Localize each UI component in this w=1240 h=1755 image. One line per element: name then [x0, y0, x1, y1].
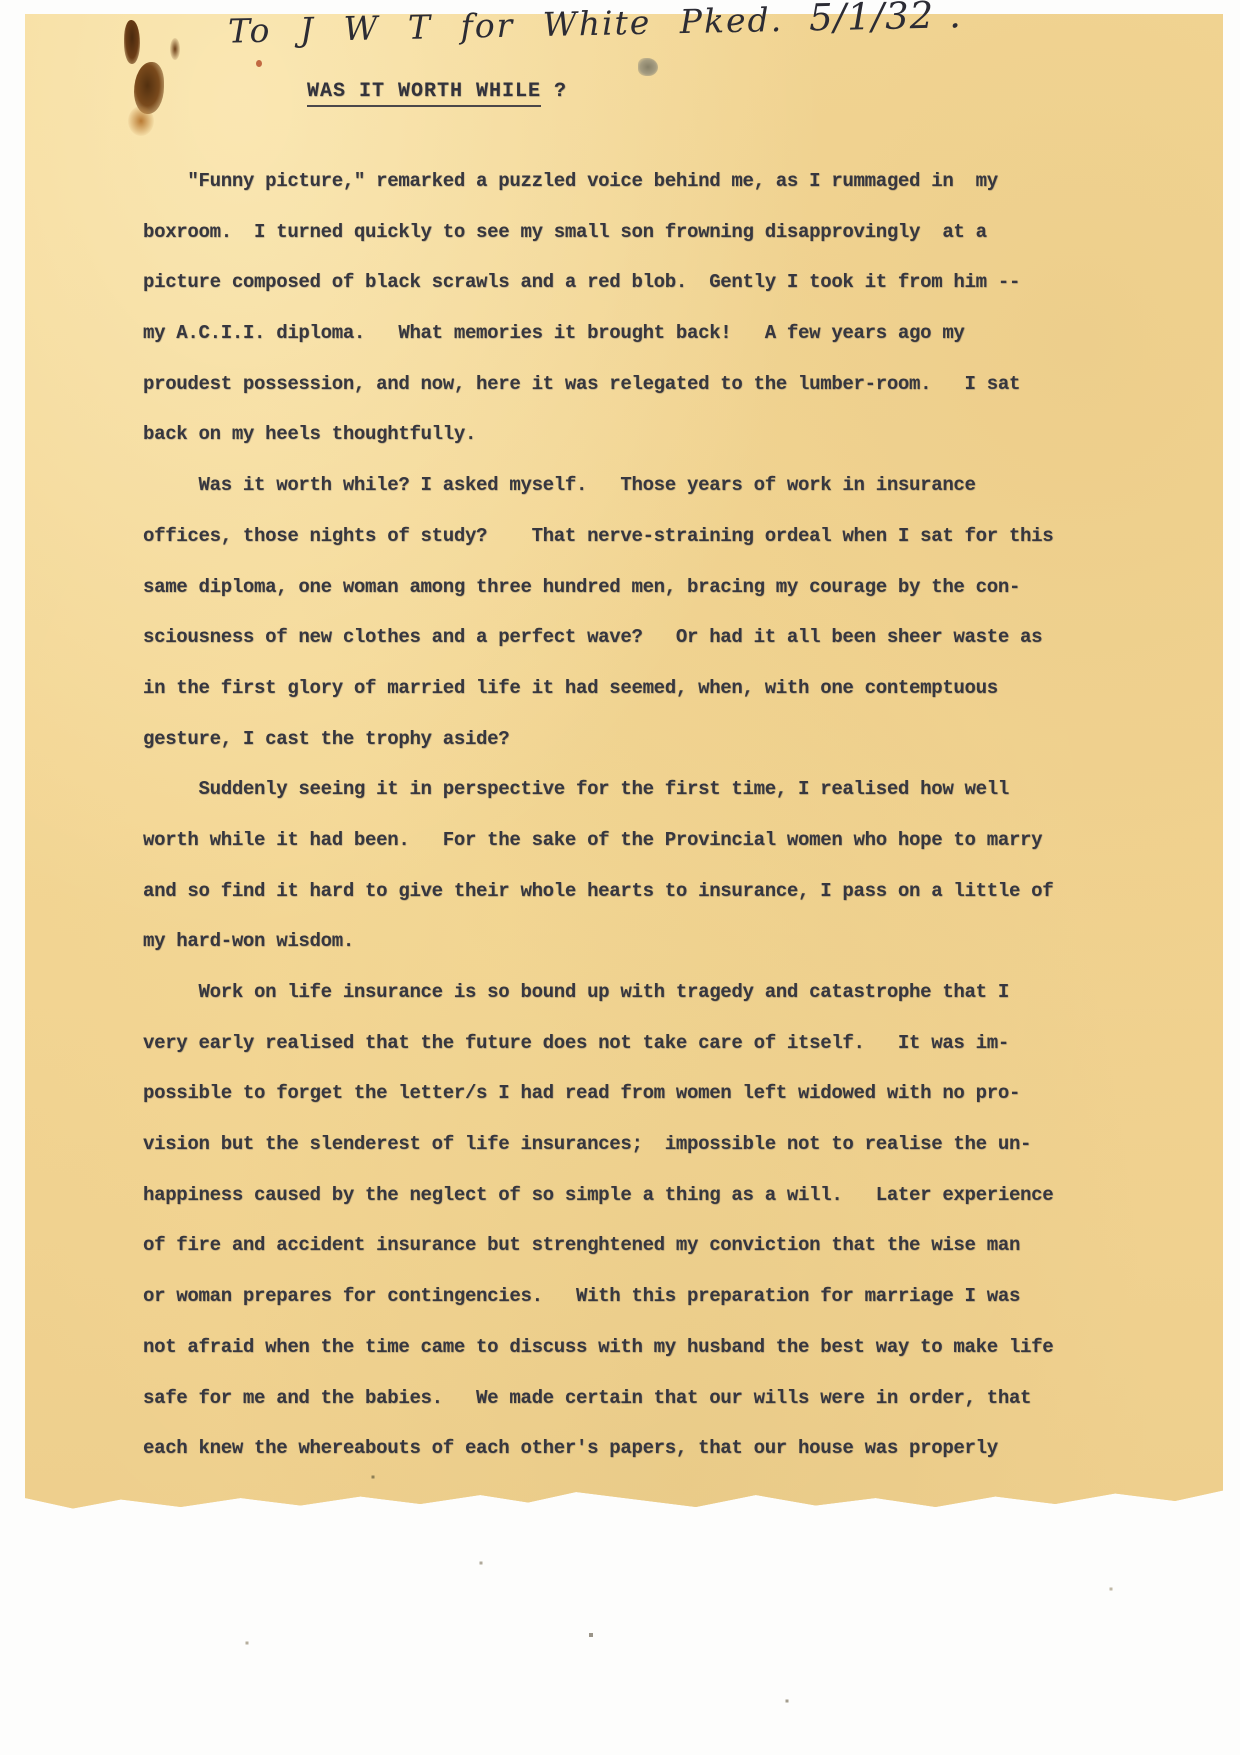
text-line: of fire and accident insurance but stren…: [143, 1220, 1103, 1271]
text-line: very early realised that the future does…: [143, 1018, 1103, 1069]
red-ink-dot: [256, 60, 262, 67]
text-line: same diploma, one woman among three hund…: [143, 562, 1103, 613]
text-line: Was it worth while? I asked myself. Thos…: [143, 460, 1103, 511]
text-line: picture composed of black scrawls and a …: [143, 257, 1103, 308]
text-line: each knew the whereabouts of each other'…: [143, 1423, 1103, 1474]
handwritten-date: 5/1/32 .: [809, 0, 962, 39]
text-line: "Funny picture," remarked a puzzled voic…: [143, 156, 1103, 207]
text-line: sciousness of new clothes and a perfect …: [143, 612, 1103, 663]
text-line: Work on life insurance is so bound up wi…: [143, 967, 1103, 1018]
text-line: back on my heels thoughtfully.: [143, 409, 1103, 460]
page-title-text: WAS IT WORTH WHILE: [307, 80, 541, 107]
text-line: my hard-won wisdom.: [143, 916, 1103, 967]
text-line: gesture, I cast the trophy aside?: [143, 714, 1103, 765]
text-line: Suddenly seeing it in perspective for th…: [143, 764, 1103, 815]
text-line: or woman prepares for contingencies. Wit…: [143, 1271, 1103, 1322]
text-line: in the first glory of married life it ha…: [143, 663, 1103, 714]
text-line: and so find it hard to give their whole …: [143, 866, 1103, 917]
text-line: offices, those nights of study? That ner…: [143, 511, 1103, 562]
page-title-question-mark: ?: [541, 80, 567, 103]
text-line: happiness caused by the neglect of so si…: [143, 1170, 1103, 1221]
dust-specks: [0, 0, 2, 2]
smudge-mark: [638, 58, 658, 76]
text-line: worth while it had been. For the sake of…: [143, 815, 1103, 866]
text-line: my A.C.I.I. diploma. What memories it br…: [143, 308, 1103, 359]
ink-stain: [124, 20, 140, 64]
text-line: vision but the slenderest of life insura…: [143, 1119, 1103, 1170]
text-line: not afraid when the time came to discuss…: [143, 1322, 1103, 1373]
text-line: safe for me and the babies. We made cert…: [143, 1373, 1103, 1424]
text-line: boxroom. I turned quickly to see my smal…: [143, 207, 1103, 258]
page-title: WAS IT WORTH WHILE ?: [307, 80, 567, 103]
ink-stain: [170, 38, 180, 60]
text-line: possible to forget the letter/s I had re…: [143, 1068, 1103, 1119]
ink-stain: [128, 106, 154, 136]
document-body: "Funny picture," remarked a puzzled voic…: [143, 156, 1103, 1474]
text-line: proudest possession, and now, here it wa…: [143, 359, 1103, 410]
